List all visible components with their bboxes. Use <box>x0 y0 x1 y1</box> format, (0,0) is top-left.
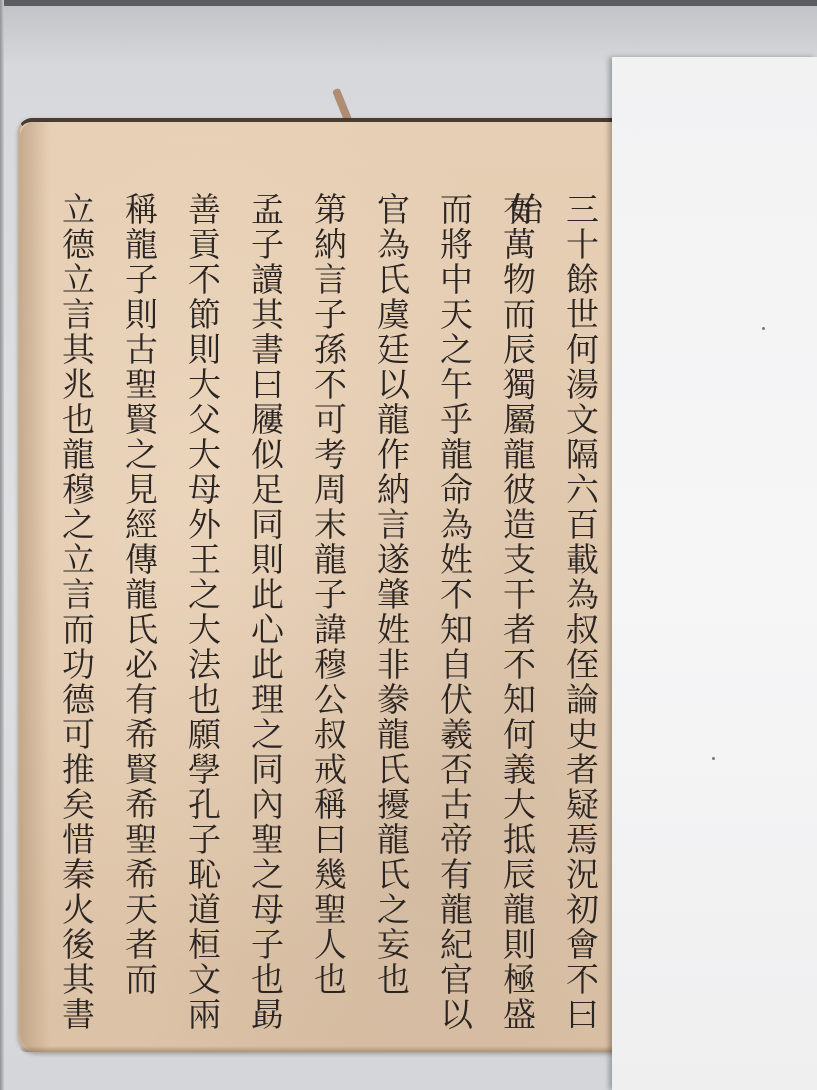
page-bottom-edge <box>20 1046 616 1052</box>
text-column-2: 有萬物而辰獨屬龍彼造支干者不知何義大抵辰龍則極盛 <box>489 192 545 1032</box>
dust-speck <box>712 757 715 760</box>
manuscript-page: 三十餘世何湯文隔六百載為叔侄論史者疑焉況初會不曰始 有萬物而辰獨屬龍彼造支干者不… <box>18 118 616 1052</box>
text-column-9: 立德立言其兆也龍穆之立言而功德可推矣惜秦火後其書 <box>48 192 104 1032</box>
scanner-top-edge <box>0 0 817 6</box>
worn-page-edge <box>20 122 50 1052</box>
text-column-6: 孟子讀其書曰屨似足同則此心此理之同內聖之母子也勗 <box>237 192 293 1032</box>
dust-speck <box>762 327 765 330</box>
text-column-1: 三十餘世何湯文隔六百載為叔侄論史者疑焉況初會不曰始 <box>552 192 608 1032</box>
scanner-left-edge <box>0 0 4 1090</box>
text-column-7: 善貢不節則大父大母外王之大法也願學孔子恥道桓文兩 <box>174 192 230 1032</box>
text-column-4: 官為氏虞廷以龍作納言遂肇姓非豢龍氏擾龍氏之妄也 <box>363 192 419 1032</box>
white-overlay-sheet <box>612 57 817 1090</box>
text-column-5: 第納言子孫不可考周末龍子諱穆公叔戒稱曰幾聖人也 <box>300 192 356 1032</box>
text-column-8: 稱龍子則古聖賢之見經傳龍氏必有希賢希聖希天者而 <box>111 192 167 1032</box>
text-column-3: 而將中天之午乎龍命為姓不知自伏羲否古帝有龍紀官以 <box>426 192 482 1032</box>
text-columns: 三十餘世何湯文隔六百載為叔侄論史者疑焉況初會不曰始 有萬物而辰獨屬龍彼造支干者不… <box>48 192 608 1032</box>
